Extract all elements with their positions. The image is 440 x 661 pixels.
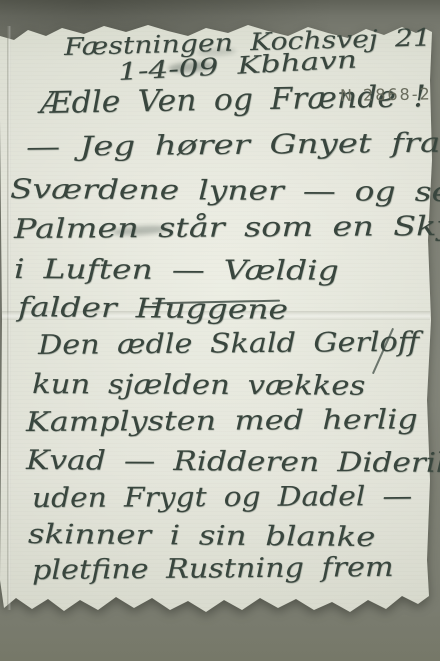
handwriting-line: uden Frygt og Dadel — [32, 481, 412, 514]
handwriting-line: Kamplysten med herlig [26, 404, 418, 438]
archive-number: N 2868-2 [340, 84, 432, 105]
handwriting-line: Den ædle Skald Gerloff [38, 327, 419, 361]
handwriting-line: skinner i sin blanke [28, 519, 376, 553]
handwriting-line: kun sjælden vækkes [32, 369, 365, 402]
handwriting-line: Palmen står som en Sky [14, 211, 440, 245]
handwriting-line: falder Huggene [18, 292, 288, 326]
handwriting-line: Kvad — Ridderen Diderik [26, 445, 440, 479]
handwriting-line: pletfine Rustning frem [32, 552, 394, 586]
letter-photo: Fæstningen Kochsvej 21 1-4-09 Kbhavn Ædl… [0, 0, 440, 661]
handwriting-line: i Luften — Vældig [14, 254, 339, 287]
handwriting-line: Sværdene lyner — og ser [10, 174, 440, 208]
handwriting-line: — Jeg hører Gnyet fra [26, 128, 440, 163]
